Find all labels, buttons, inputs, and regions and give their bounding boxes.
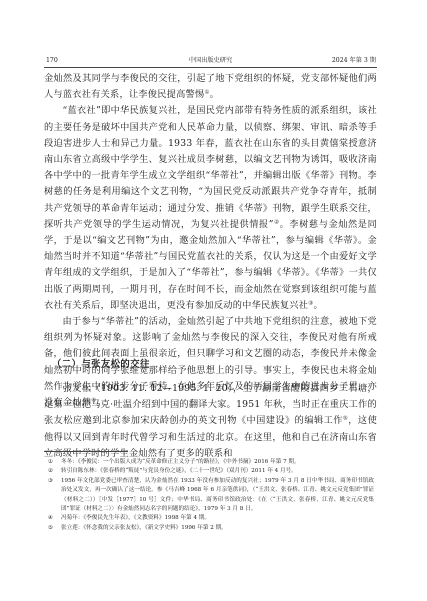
paragraph-4: 张友松（1903. 11. 12—1995. 1. 20），生于湖南省醴陵县西乡… bbox=[44, 381, 377, 462]
footnote-3: ③1956 年文化部党委已审查清楚，认为金灿然在 1933 年没有参加反动的复兴… bbox=[48, 477, 374, 515]
header-rule bbox=[44, 67, 377, 68]
footnote-1: ①冬冬：《李俊民：一个出版人成为“反革命修正主义分子”的路径》，《中外书摘》20… bbox=[48, 458, 374, 467]
paragraph-2: “蓝衣社”即中华民族复兴社，是国民党内部带有特务性质的派系组织，该社的主要任务是… bbox=[44, 103, 377, 314]
journal-title: 中国出版史研究 bbox=[44, 56, 377, 66]
footnote-rule bbox=[44, 451, 128, 452]
running-head: 170 中国出版史研究 2024 年第 3 期 bbox=[44, 56, 377, 66]
footnote-2: ②转引自陈东林：《张春桥的“叛徒”与党员身份之谜》，《二十一世纪》（双月刊）20… bbox=[48, 467, 374, 476]
footnotes: ①冬冬：《李俊民：一个出版人成为“反革命修正主义分子”的路径》，《中外书摘》20… bbox=[48, 458, 374, 533]
footnote-5: ⑤张立莲：《怀念我的父亲张友松》，《新文学史料》1996 年第 2 期。 bbox=[48, 524, 374, 533]
section-body: 张友松（1903. 11. 12—1995. 1. 20），生于湖南省醴陵县西乡… bbox=[44, 381, 377, 462]
footnote-4: ④冯菊年：《李俊民先生年表》，《文教资料》1998 年第 4 期。 bbox=[48, 514, 374, 523]
paragraph-1: 金灿然及其同学与李俊民的交往，引起了地下党组织的怀疑，党支部怀疑他们两人与蓝衣社… bbox=[44, 71, 377, 103]
issue-label: 2024 年第 3 期 bbox=[332, 56, 376, 66]
section-heading: （二）与张友松的交往 bbox=[52, 358, 150, 372]
